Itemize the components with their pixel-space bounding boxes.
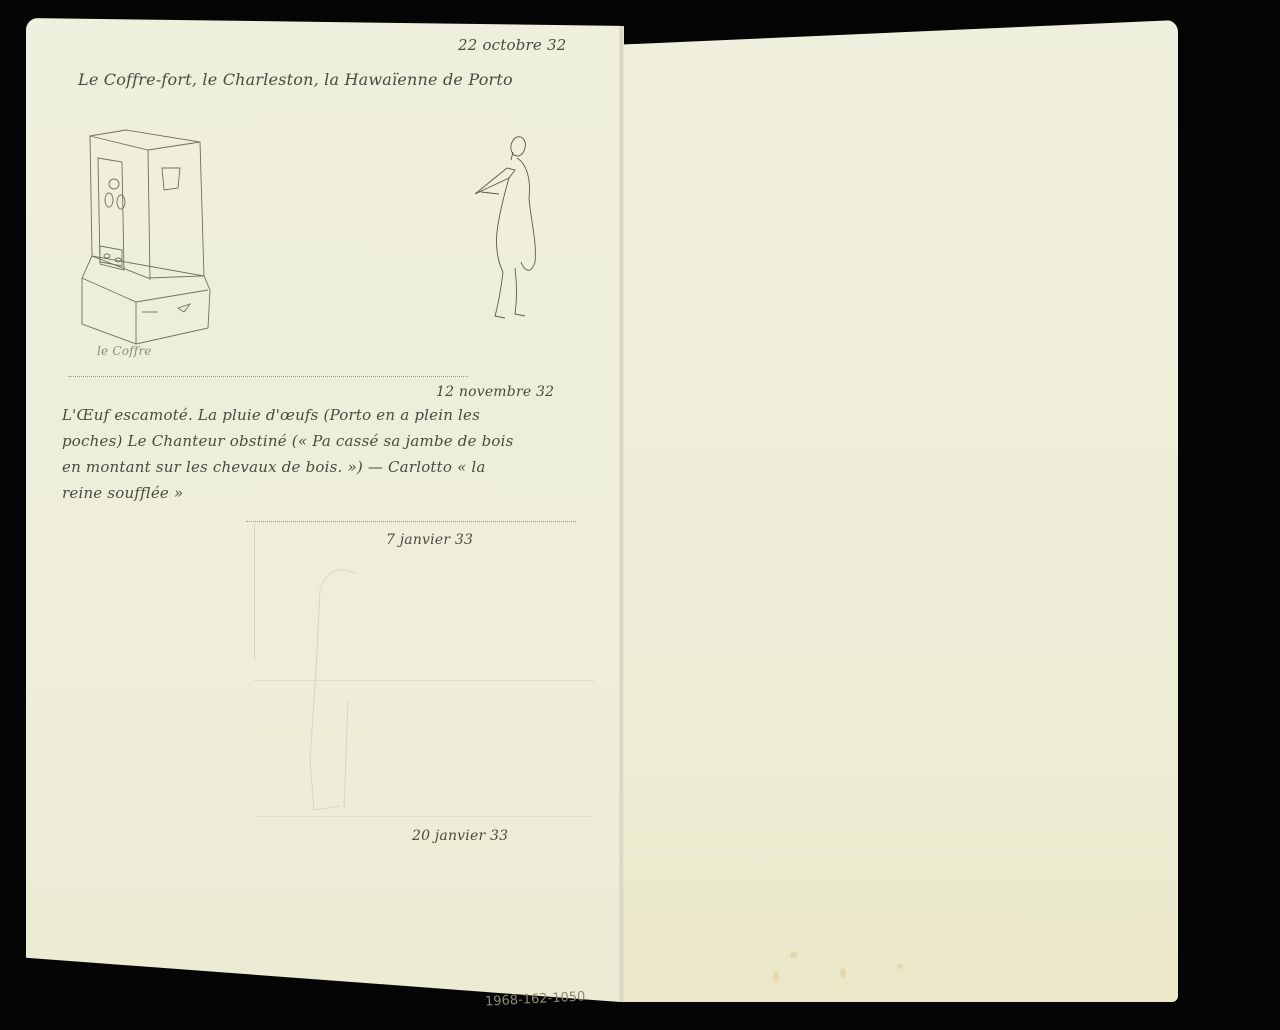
entry-text-line-3: en montant sur les chevaux de bois. ») —… xyxy=(62,458,486,476)
foxing-stain xyxy=(897,964,903,969)
safe-sketch-caption: le Coffre xyxy=(97,344,152,358)
foxing-stain xyxy=(840,968,846,978)
entry-text-line-4: reine soufflée » xyxy=(62,484,183,502)
book-gutter xyxy=(619,26,624,1002)
entry-date-12-novembre: 12 novembre 32 xyxy=(436,384,554,400)
entry-heading: Le Coffre-fort, le Charleston, la Hawaïe… xyxy=(78,70,513,89)
entry-separator xyxy=(246,521,576,522)
right-page xyxy=(622,20,1178,1002)
foxing-stain xyxy=(790,952,798,958)
faint-figure-sketch xyxy=(300,560,390,820)
entry-text-line-2: poches) Le Chanteur obstiné (« Pa cassé … xyxy=(62,432,514,450)
entry-date-20-janvier: 20 janvier 33 xyxy=(412,828,508,844)
entry-date-22-octobre: 22 octobre 32 xyxy=(458,36,566,54)
entry-date-7-janvier: 7 janvier 33 xyxy=(386,532,473,548)
violinist-figure-sketch xyxy=(465,132,555,327)
entry-text-line-1: L'Œuf escamoté. La pluie d'œufs (Porto e… xyxy=(62,406,480,424)
entry-separator xyxy=(68,376,468,377)
foxing-stain xyxy=(773,972,779,982)
safe-sketch xyxy=(78,128,218,368)
faint-frame-line xyxy=(254,524,255,660)
